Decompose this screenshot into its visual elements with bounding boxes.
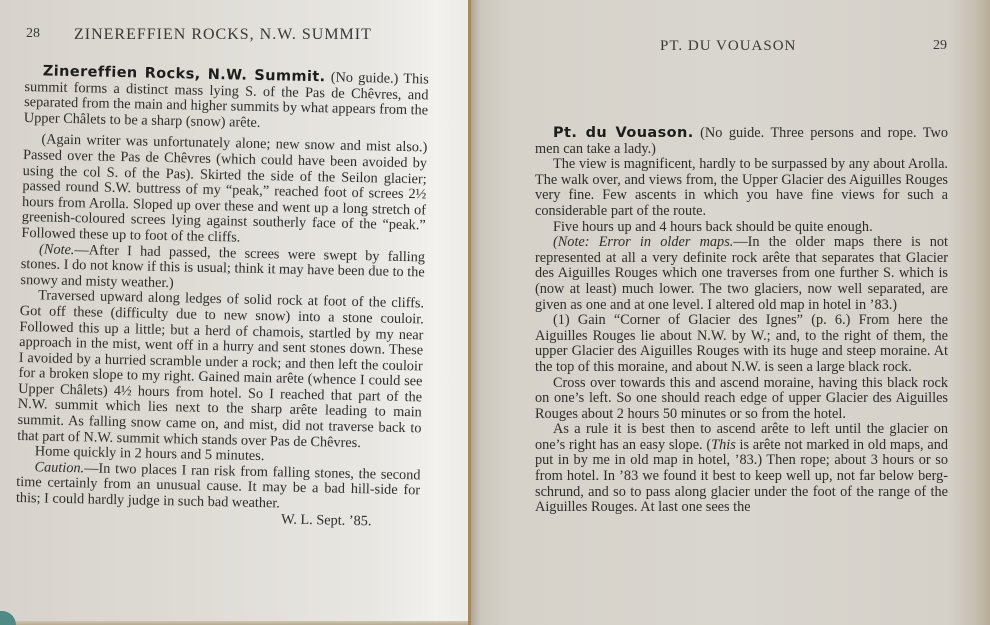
book-cover-edge bbox=[0, 611, 16, 625]
note-label: (Note: Error in older maps. bbox=[553, 234, 733, 250]
text-run-italic: This bbox=[711, 437, 736, 453]
right-page-body: Pt. du Vouason. (No guide. Three persons… bbox=[535, 126, 948, 516]
paragraph: Five hours up and 4 hours back should be… bbox=[535, 220, 948, 236]
paragraph: (1) Gain “Corner of Glacier des Ignes” (… bbox=[535, 313, 948, 375]
entry-title: Pt. du Vouason. bbox=[553, 125, 694, 141]
caution-paragraph: Caution.—In two places I ran risk from f… bbox=[16, 460, 421, 515]
entry-title-note: (No guide.) bbox=[331, 69, 399, 86]
paragraph: As a rule it is best then to ascend arêt… bbox=[535, 422, 948, 516]
caution-label: Caution. bbox=[34, 459, 84, 476]
page-number: 28 bbox=[26, 26, 40, 42]
entry-intro: Zinereffien Rocks, N.W. Summit. (No guid… bbox=[24, 64, 429, 135]
paragraph: Cross over towards this and ascend morai… bbox=[535, 376, 948, 423]
running-head: PT. DU VOUASON bbox=[660, 38, 796, 55]
note-label: (Note. bbox=[39, 241, 75, 258]
gutter-shadow bbox=[471, 0, 481, 625]
book-spread: 28 ZINEREFFIEN ROCKS, N.W. SUMMIT Zinere… bbox=[0, 0, 990, 625]
entry-intro: Pt. du Vouason. (No guide. Three persons… bbox=[535, 126, 948, 157]
paragraph: Traversed upward along ledges of solid r… bbox=[17, 288, 424, 452]
page-number: 29 bbox=[933, 38, 947, 54]
page-edge bbox=[16, 621, 470, 625]
left-page-body: Zinereffien Rocks, N.W. Summit. (No guid… bbox=[15, 64, 429, 531]
running-head: ZINEREFFIEN ROCKS, N.W. SUMMIT bbox=[74, 26, 372, 44]
paragraph: (Again writer was unfortunately alone; n… bbox=[21, 132, 427, 250]
left-page: 28 ZINEREFFIEN ROCKS, N.W. SUMMIT Zinere… bbox=[0, 0, 470, 625]
paragraph: The view is magnificent, hardly to be su… bbox=[535, 157, 948, 219]
note-text: —After I had passed, the screes were swe… bbox=[20, 242, 425, 291]
note-paragraph: (Note: Error in older maps.—In the older… bbox=[535, 235, 948, 313]
